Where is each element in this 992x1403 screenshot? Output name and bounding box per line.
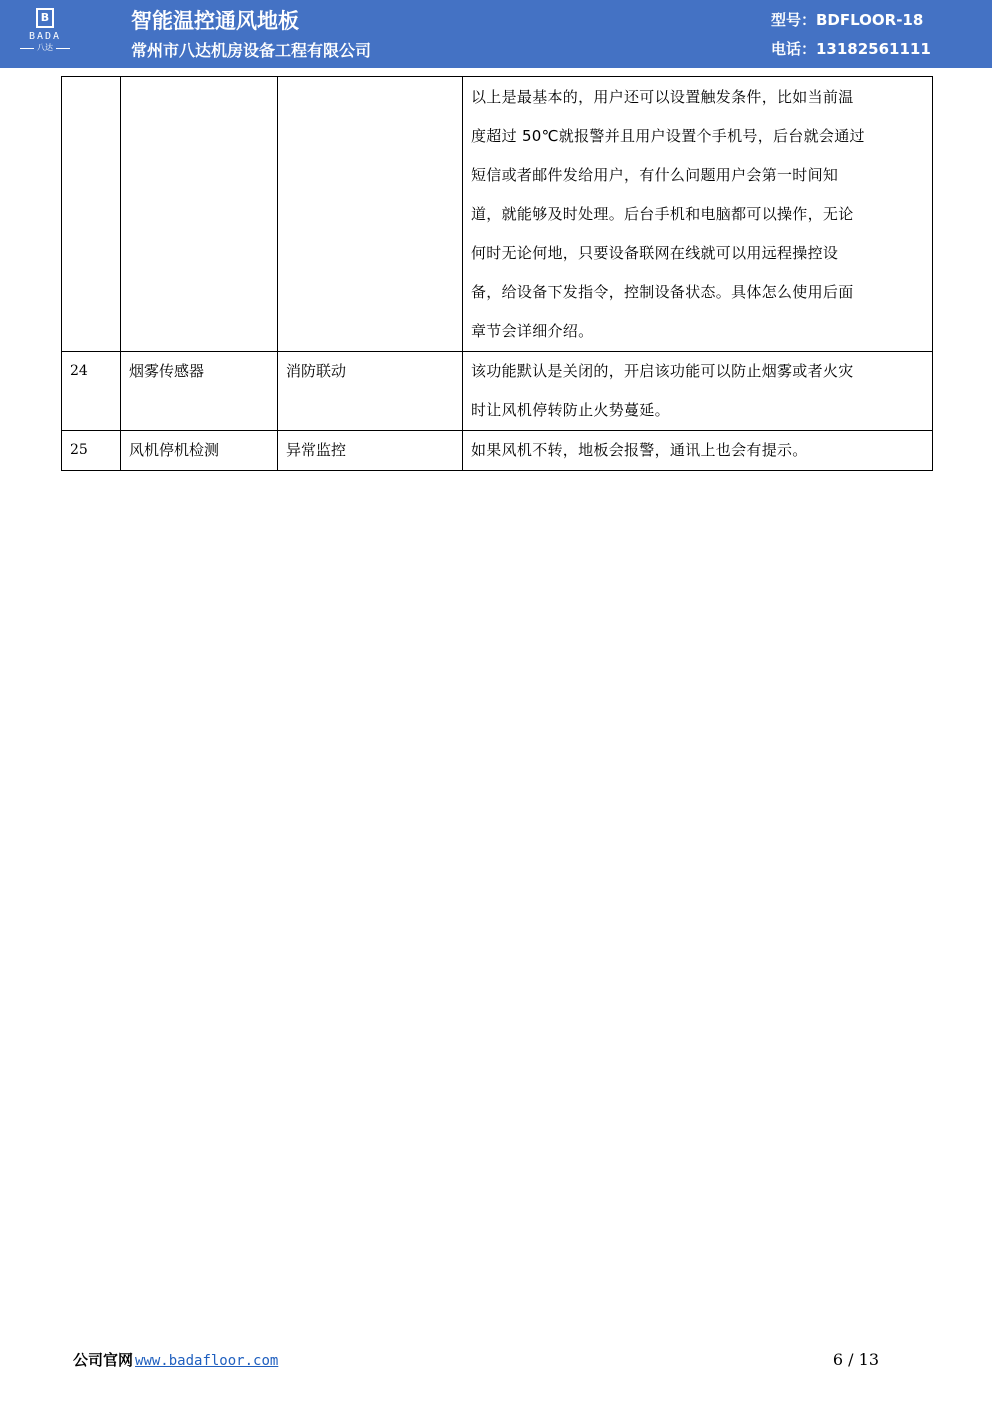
logo-text: BADA — [16, 31, 74, 43]
feature-description: 以上是最基本的，用户还可以设置触发条件，比如当前温 度超过 50℃就报警并且用户… — [463, 77, 933, 352]
logo-b-icon: B — [36, 8, 54, 28]
row-number: 24 — [62, 352, 121, 431]
page-number: 6 / 13 — [833, 1350, 879, 1370]
feature-table: 以上是最基本的，用户还可以设置触发条件，比如当前温 度超过 50℃就报警并且用户… — [61, 76, 933, 471]
phone-number: 电话：13182561111 — [771, 39, 931, 59]
feature-category: 异常监控 — [278, 431, 463, 471]
feature-category — [278, 77, 463, 352]
row-number: 25 — [62, 431, 121, 471]
website-link[interactable]: www.badafloor.com — [135, 1353, 278, 1369]
feature-category: 消防联动 — [278, 352, 463, 431]
feature-name: 烟雾传感器 — [121, 352, 278, 431]
model-number: 型号：BDFLOOR-18 — [771, 10, 923, 30]
feature-name — [121, 77, 278, 352]
feature-name: 风机停机检测 — [121, 431, 278, 471]
feature-description: 如果风机不转，地板会报警，通讯上也会有提示。 — [463, 431, 933, 471]
website-label: 公司官网 — [73, 1351, 133, 1369]
bada-logo: B BADA 八达 — [16, 8, 74, 60]
table-row: 25 风机停机检测 异常监控 如果风机不转，地板会报警，通讯上也会有提示。 — [62, 431, 933, 471]
page-header: B BADA 八达 智能温控通风地板 常州市八达机房设备工程有限公司 型号：BD… — [0, 0, 992, 68]
table-row: 24 烟雾传感器 消防联动 该功能默认是关闭的，开启该功能可以防止烟雾或者火灾 … — [62, 352, 933, 431]
table-row: 以上是最基本的，用户还可以设置触发条件，比如当前温 度超过 50℃就报警并且用户… — [62, 77, 933, 352]
company-name: 常州市八达机房设备工程有限公司 — [131, 40, 371, 62]
row-number — [62, 77, 121, 352]
feature-description: 该功能默认是关闭的，开启该功能可以防止烟雾或者火灾 时让风机停转防止火势蔓延。 — [463, 352, 933, 431]
document-title: 智能温控通风地板 — [131, 8, 299, 34]
logo-subtext: 八达 — [16, 43, 74, 53]
page-footer: 公司官网www.badafloor.com 6 / 13 — [73, 1350, 879, 1370]
